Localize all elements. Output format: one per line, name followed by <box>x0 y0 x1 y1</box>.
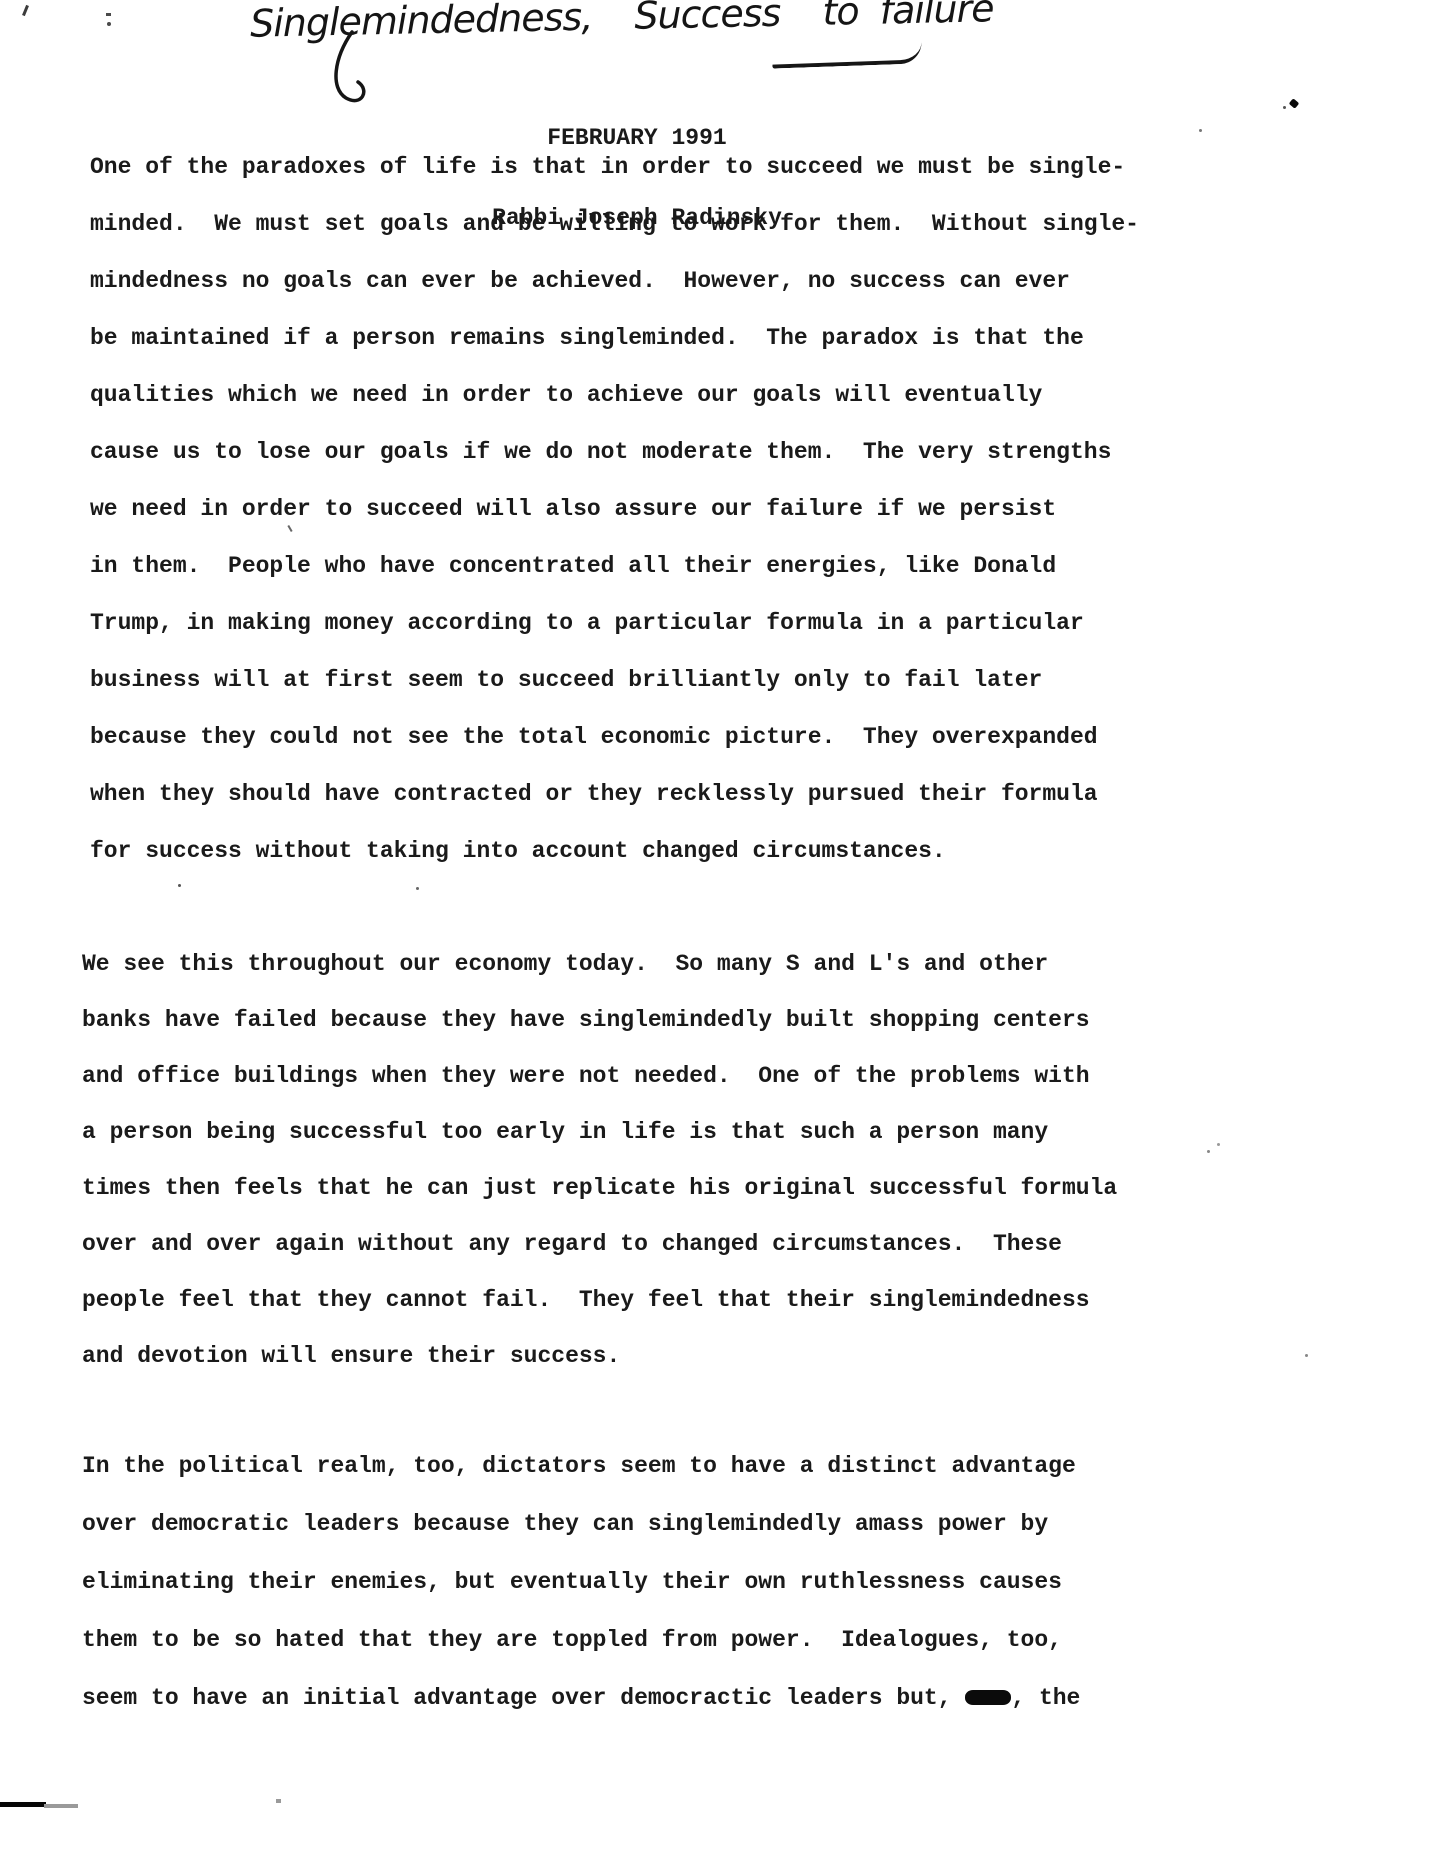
bottom-scan-line-gray <box>44 1804 78 1808</box>
body-line-after-blot: , the <box>1011 1685 1080 1711</box>
body-line: times then feels that he can just replic… <box>82 1160 1117 1216</box>
scanned-document-page: Singlemindedness, Success to failure FEB… <box>0 0 1430 1851</box>
body-line: them to be so hated that they are topple… <box>82 1611 1080 1669</box>
body-line: a person being successful too early in l… <box>82 1104 1117 1160</box>
scan-speck <box>178 884 181 887</box>
body-line: We see this throughout our economy today… <box>82 936 1117 992</box>
scan-speck <box>416 887 419 890</box>
scan-speck <box>1199 129 1202 132</box>
body-line: be maintained if a person remains single… <box>90 310 1139 367</box>
scan-speck <box>1305 1354 1308 1357</box>
body-line: eliminating their enemies, but eventuall… <box>82 1553 1080 1611</box>
body-line: in them. People who have concentrated al… <box>90 538 1139 595</box>
scan-speck <box>1283 106 1286 109</box>
bottom-scan-line-dark <box>0 1802 46 1807</box>
paragraph-2: We see this throughout our economy today… <box>82 936 1117 1384</box>
scan-speck <box>1289 98 1300 109</box>
scan-speck <box>107 22 111 26</box>
body-line: we need in order to succeed will also as… <box>90 481 1139 538</box>
body-line: because they could not see the total eco… <box>90 709 1139 766</box>
body-line: cause us to lose our goals if we do not … <box>90 424 1139 481</box>
body-line: qualities which we need in order to achi… <box>90 367 1139 424</box>
scan-speck <box>22 5 29 16</box>
blotted-out-word <box>965 1690 1011 1705</box>
body-line: when they should have contracted or they… <box>90 766 1139 823</box>
body-line: and devotion will ensure their success. <box>82 1328 1117 1384</box>
body-line: business will at first seem to succeed b… <box>90 652 1139 709</box>
body-line: In the political realm, too, dictators s… <box>82 1437 1080 1495</box>
body-line: Trump, in making money according to a pa… <box>90 595 1139 652</box>
body-line: people feel that they cannot fail. They … <box>82 1272 1117 1328</box>
body-line: banks have failed because they have sing… <box>82 992 1117 1048</box>
handwriting-underline-swash <box>772 41 923 68</box>
body-line: mindedness no goals can ever be achieved… <box>90 253 1139 310</box>
paragraph-1: One of the paradoxes of life is that in … <box>90 139 1139 880</box>
scan-speck <box>276 1799 281 1803</box>
scan-speck <box>1217 1143 1220 1146</box>
body-line-with-redaction: seem to have an initial advantage over d… <box>82 1669 1080 1727</box>
scan-speck <box>106 13 111 16</box>
body-line: for success without taking into account … <box>90 823 1139 880</box>
body-line: and office buildings when they were not … <box>82 1048 1117 1104</box>
body-line: minded. We must set goals and be willing… <box>90 196 1139 253</box>
handwriting-s-loop-flourish <box>322 30 382 110</box>
scan-speck <box>1207 1150 1210 1153</box>
body-line: One of the paradoxes of life is that in … <box>90 139 1139 196</box>
body-line-before-blot: seem to have an initial advantage over d… <box>82 1685 965 1711</box>
paragraph-3: In the political realm, too, dictators s… <box>82 1437 1080 1727</box>
body-line: over and over again without any regard t… <box>82 1216 1117 1272</box>
body-line: over democratic leaders because they can… <box>82 1495 1080 1553</box>
